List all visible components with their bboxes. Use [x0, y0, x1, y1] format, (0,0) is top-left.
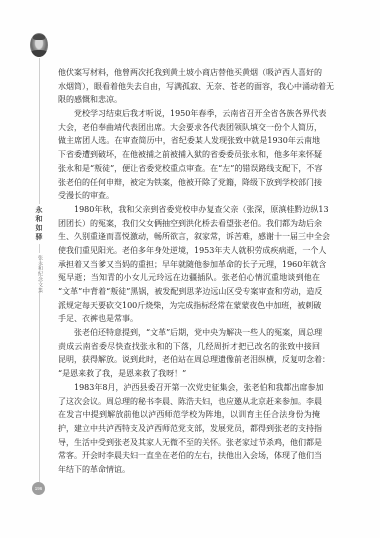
text-line: 常客。开会时李晨夫妇一直坐在老伯的左右，扶他出入会场，体现了他们当 [58, 449, 320, 463]
text-line: 1983年8月，泸西县委召开第一次党史征集会，张老伯和我都出席参加 [58, 381, 320, 395]
margin-rule-middle [39, 244, 40, 253]
portrait-hair [33, 34, 45, 40]
body-text: 他伏案写材料，他曾两次托我到黄土坡小商店替他买黄烟（吸泸西人喜好的 水烟筒），眼… [58, 66, 320, 477]
text-line: “文革”中背着“叛徒”黑锅，被发配到思茅边远山区受专案审查和劳动，造反 [58, 285, 320, 299]
text-line: 导，生活中受到张老及其家人无微不至的关怀。张老家过节杀鸡，他们都是 [58, 436, 320, 450]
text-line: 水烟筒），眼看着他失去自由，写满孤寂、无奈、苍老的面容，我心中涌动着无 [58, 80, 320, 94]
text-line: 了这次会议。周总理的秘书李晨、陈浩夫妇，也应邀从北京赶来参加。李晨 [58, 395, 320, 409]
text-line: 责成云南省委尽快查找张永和的下落，几经周折才把已改名的张致中接回 [58, 340, 320, 354]
text-line: 使我们重见阳光。老伯多年身处逆境，1953年夫人就积劳成疾病逝，一个人 [58, 244, 320, 258]
text-line: 1980年秋，我和父亲到省委党校申办复查父亲（张深，原滇桂黔边纵13 [58, 203, 320, 217]
text-line: 大会，老伯奉曲靖代表团出席。大会要求各代表团领队填交一份个人简历， [58, 121, 320, 135]
book-page: 永和如驿 张永和纪念文集 196 他伏案写材料，他曾两次托我到黄土坡小商店替他买… [0, 0, 380, 538]
text-line: 他伏案写材料，他曾两次托我到黄土坡小商店替他买黄烟（吸泸西人喜好的 [58, 66, 320, 80]
text-line: 在发言中提到解放前他以泸西师范学校为阵地，以训育主任合法身份为掩 [58, 408, 320, 422]
running-book-title: 永和如驿 [35, 206, 44, 242]
text-line: 张老伯还特意提到，“文革”后期，党中央为解决一些人的冤案，周总理 [58, 326, 320, 340]
text-line: 护，建立中共泸西特支及泸西师范党支部，发展党员，都得到张老的支持指 [58, 422, 320, 436]
text-line: 年结下的革命情谊。 [58, 463, 320, 477]
text-line: 昆明，获得解放。说到此时，老伯站在周总理遗像前老泪纵横，反复叨念着： [58, 353, 320, 367]
text-line: 冤早逝；当知青的小女儿元玲远在边疆插队。张老伯心情沉重地谈到他在 [58, 271, 320, 285]
page-number: 196 [32, 482, 45, 495]
text-line: 承担着又当爹又当妈的重担；早年就随他参加革命的长子元理，1960年就含 [58, 258, 320, 272]
text-line: 派规定每天要砍交100斤烧柴，为完成指标经常在蒙蒙夜色中加班，被刺破 [58, 299, 320, 313]
text-line: 生、久别重逢而喜悦激动，畅所欲言，叙家常，诉苦难，感谢十一届三中全会 [58, 230, 320, 244]
text-line: 团团长）的冤案，我们父女俩抽空到洪化桥去看望张老伯。我们都为劫后余 [58, 217, 320, 231]
text-line: 下省委遭到破坏，在他被捕之前被捕入狱的省委委员张永和，他多年来怀疑 [58, 148, 320, 162]
text-line: 限的感慨和悲凉。 [58, 93, 320, 107]
author-portrait [30, 33, 48, 57]
portrait-clothing [30, 50, 48, 57]
text-line: 手足、衣裤也是常事。 [58, 312, 320, 326]
margin-rule-bottom [39, 292, 40, 482]
text-line: “是恩来救了我，是恩来救了我呀！” [58, 367, 320, 381]
text-line: 做主席团人选。在审查简历中，省纪委某人发现张致中就是1930年云南地 [58, 134, 320, 148]
margin-rule-top [39, 58, 40, 204]
text-line: 受漫长的审查。 [58, 189, 320, 203]
text-line: 党校学习结束后我才听说，1950年春季，云南省召开全省各族各界代表 [58, 107, 320, 121]
text-line: 张永和是“叛徒”，便让省委党校重点审查。在“左”的错误路线支配下，不容 [58, 162, 320, 176]
text-line: 张老伯的任何申辩，被定为铁案，他被开除了党籍，降级下放到学校部门接 [58, 176, 320, 190]
running-book-subtitle: 张永和纪念文集 [36, 255, 43, 293]
